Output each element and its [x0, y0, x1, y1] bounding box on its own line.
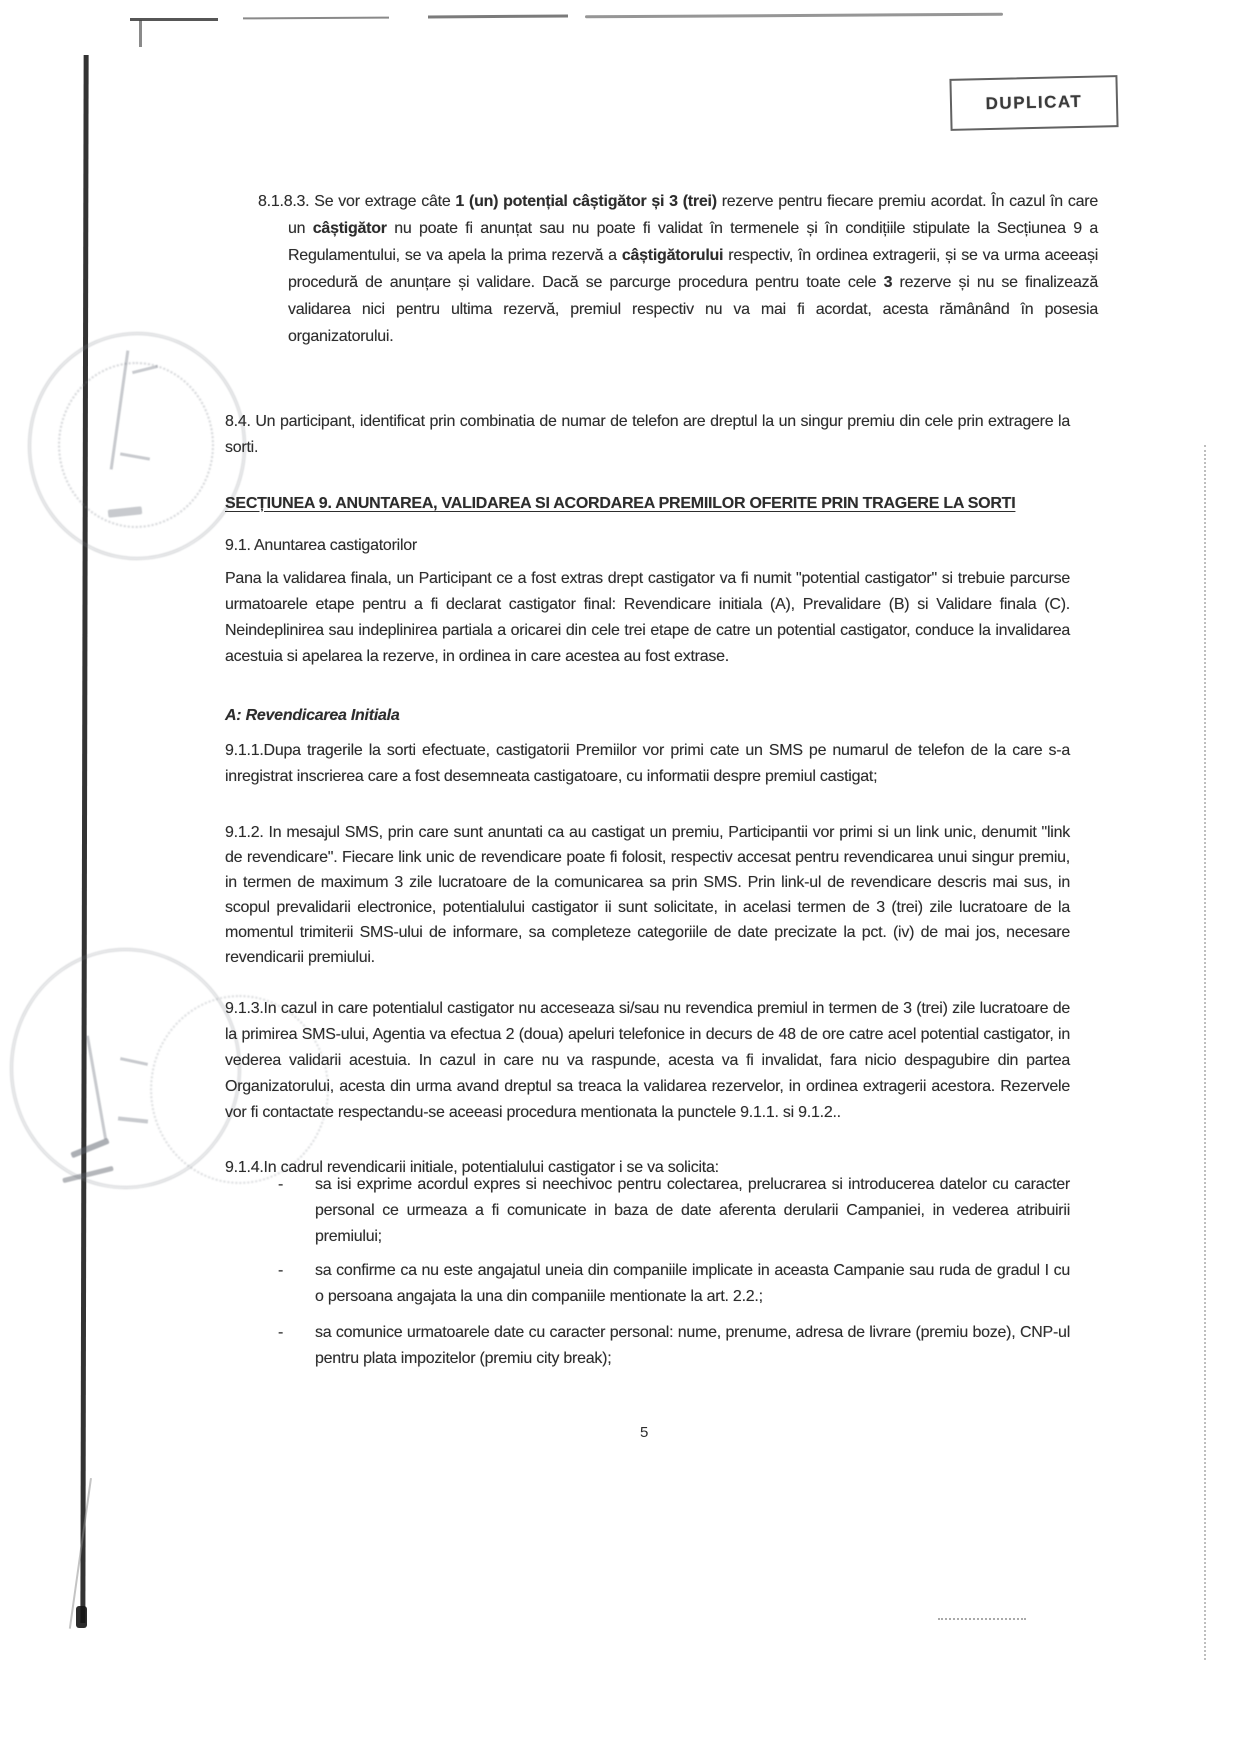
bullet-text: sa confirme ca nu este angajatul uneia d… [315, 1258, 1070, 1310]
paragraph-8-1-8-3-seg-bold: 3 [884, 274, 893, 291]
paragraph-9-1-2: 9.1.2. In mesajul SMS, prin care sunt an… [225, 820, 1070, 970]
paragraph-8-1-8-3-seg-bold: 1 (un) potențial câștigător și 3 (trei) [455, 193, 716, 210]
paragraph-8-1-8-3-seg-bold: câștigătorului [622, 247, 723, 264]
paragraph-8-1-8-3: 8.1.8.3. Se vor extrage câte 1 (un) pote… [258, 188, 1098, 350]
bullet-item: - sa isi exprime acordul expres si neech… [258, 1172, 1070, 1250]
duplicat-stamp-label: DUPLICAT [985, 92, 1082, 114]
subheading-a-revendicarea-initiala: A: Revendicarea Initiala [225, 703, 1070, 729]
paragraph-8-1-8-3-seg-bold: câștigător [313, 220, 387, 237]
bullet-item: - sa confirme ca nu este angajatul uneia… [258, 1258, 1070, 1310]
bullet-dash: - [258, 1172, 315, 1250]
scan-left-edge-line [80, 55, 88, 1623]
section-9-heading: SECȚIUNEA 9. ANUNTAREA, VALIDAREA SI ACO… [225, 491, 1070, 517]
scan-bottom-dotted-line [938, 1618, 1026, 1620]
duplicat-stamp: DUPLICAT [949, 75, 1118, 131]
bullet-dash: - [258, 1258, 315, 1310]
scan-top-streak-a [243, 17, 389, 20]
paragraph-9-1-3: 9.1.3.In cazul in care potentialul casti… [225, 996, 1070, 1126]
paragraph-9-1-1: 9.1.1.Dupa tragerile la sorti efectuate,… [225, 738, 1070, 790]
paragraph-9-1-intro: Pana la validarea finala, un Participant… [225, 566, 1070, 670]
scan-right-dotted-line [1204, 445, 1206, 1660]
subheading-9-1: 9.1. Anuntarea castigatorilor [225, 533, 1070, 559]
bullet-text: sa isi exprime acordul expres si neechiv… [315, 1172, 1070, 1250]
scan-top-streak-b [428, 15, 568, 19]
bullet-dash: - [258, 1320, 315, 1372]
page-number: 5 [640, 1424, 648, 1441]
bullet-text: sa comunice urmatoarele date cu caracter… [315, 1320, 1070, 1372]
document-page: DUPLICAT 8.1.8.3. Se vor extrage câte 1 … [0, 0, 1240, 1753]
paragraph-8-4: 8.4. Un participant, identificat prin co… [225, 409, 1070, 461]
scan-top-hook-vertical [139, 20, 142, 47]
round-stamp-upper-inner [58, 362, 214, 528]
scan-top-streak-c [585, 13, 1003, 19]
bullet-item: - sa comunice urmatoarele date cu caract… [258, 1320, 1070, 1372]
paragraph-8-1-8-3-seg: 8.1.8.3. Se vor extrage câte [258, 193, 455, 210]
scan-top-hook-horizontal [130, 18, 218, 21]
scan-left-edge-blob [76, 1606, 87, 1628]
